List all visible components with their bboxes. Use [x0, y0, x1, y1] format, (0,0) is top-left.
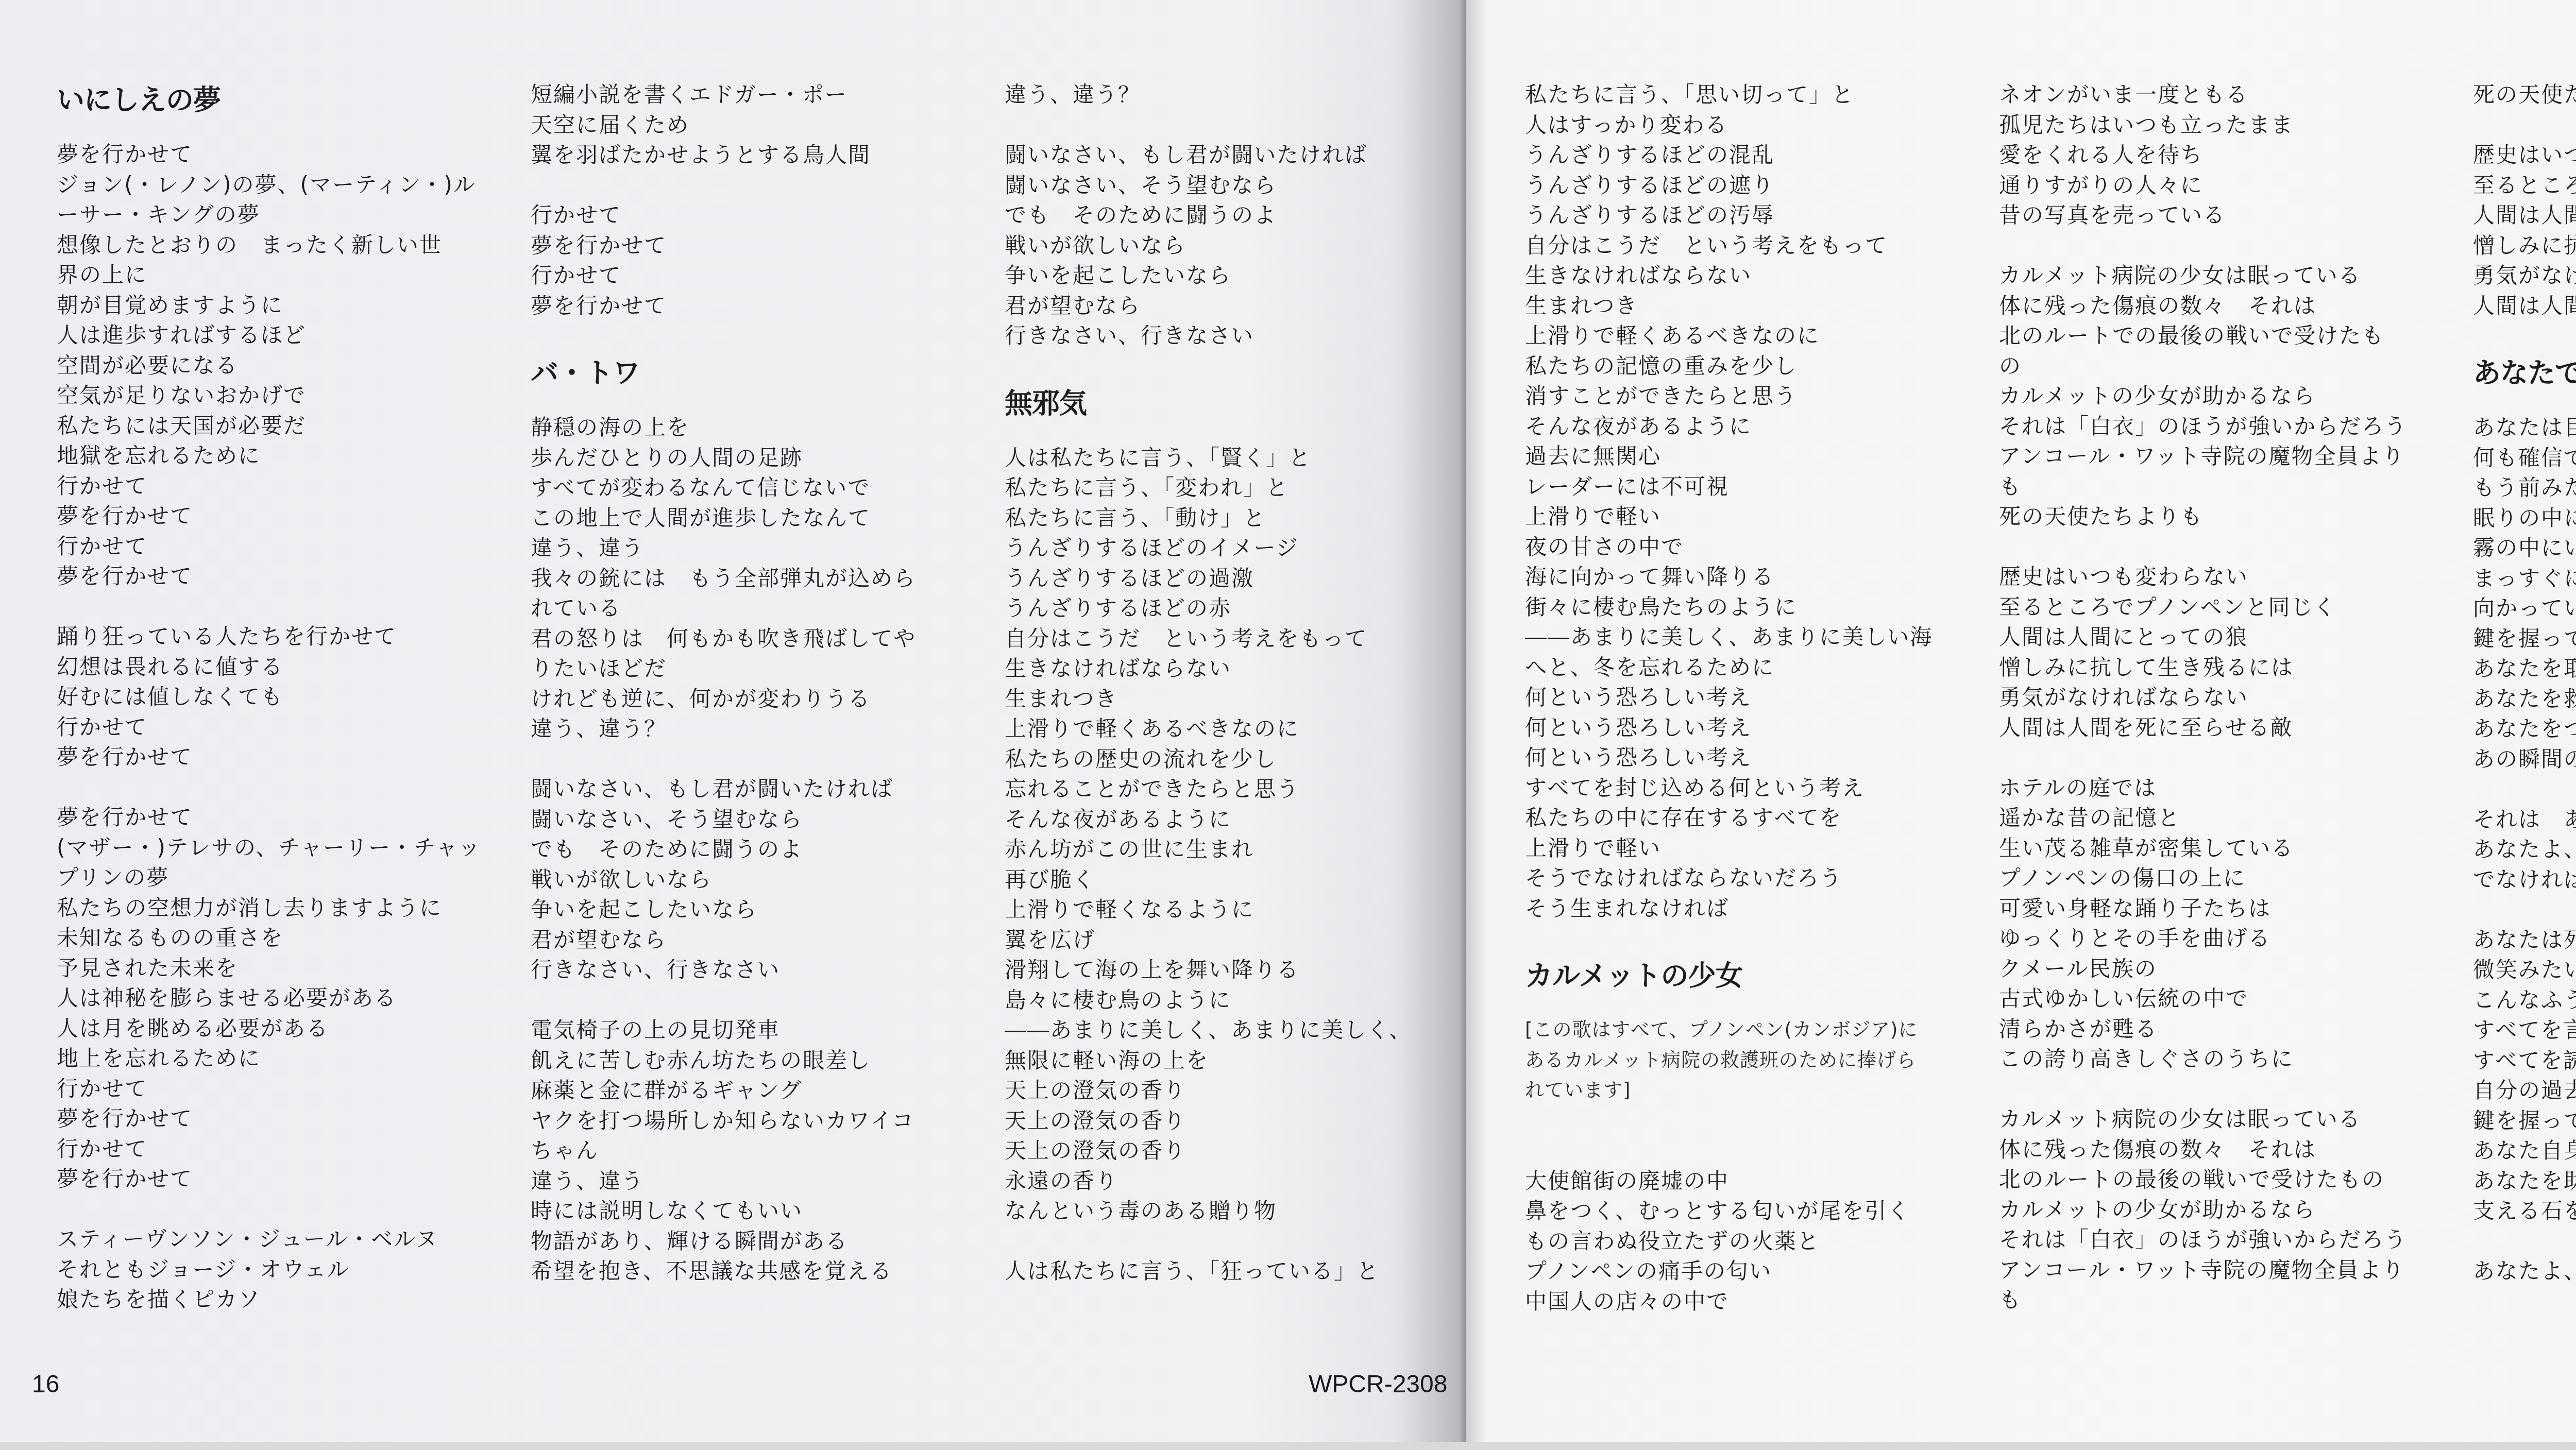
song-title: いにしえの夢 [57, 80, 510, 121]
lyric-line: 人は私たちに言う、「賢く」と [1005, 443, 1458, 473]
lyric-line: 海に向かって舞い降りる [1525, 562, 1978, 592]
lyric-line: 人は私たちに言う、「狂っている」と [1005, 1256, 1458, 1287]
lyric-line: 鍵を握っているのは誰 [2473, 1106, 2576, 1136]
page-number: 16 [32, 1370, 59, 1398]
lyric-line: 行かせて [57, 471, 510, 502]
lyric-line: すべてが変わるなんて信じないで [531, 473, 984, 503]
lyric-line: 上滑りで軽い [1525, 502, 1978, 532]
lyric-line: 翼を羽ばたかせようとする鳥人間 [531, 140, 984, 170]
lyric-line: 違う、違う [531, 1166, 984, 1197]
lyric-line: 霧の中にいるようだ [2473, 533, 2576, 564]
lyric-line: 眠りの中にいるようだ [2473, 503, 2576, 534]
lyric-line: 勇気がなければならない [1999, 683, 2452, 713]
catalog-number: WPCR-2308 [1309, 1370, 1447, 1398]
stanza-break [1525, 1106, 1978, 1136]
lyric-line: 街々に棲む鳥たちのように [1525, 592, 1978, 623]
stanza-break [1999, 532, 2452, 562]
lyric-line: 空間が必要になる [57, 351, 510, 381]
lyric-line: 生まれつき [1005, 684, 1458, 714]
lyric-line: 上滑りで軽い [1525, 833, 1978, 864]
lyric-line: 自分の過去の中にある未来を [2473, 1076, 2576, 1106]
lyric-line: あなたは死にたいと願う [2473, 925, 2576, 956]
page-17: 私たちに言う、「思い切って」と人はすっかり変わるうんざりするほどの混乱うんざりす… [1466, 0, 2576, 1442]
lyric-line: この誇り高きしぐさのうちに [1999, 1044, 2452, 1074]
lyric-line: アンコール・ワット寺院の魔物全員より [1999, 441, 2452, 472]
lyric-line: 鼻をつく、むっとする匂いが尾を引く [1525, 1196, 1978, 1226]
lyric-line: 夢を行かせて [531, 231, 984, 261]
lyric-line: それは「白衣」のほうが強いからだろう [1999, 1225, 2452, 1255]
lyric-line: 消すことができたらと思う [1525, 381, 1978, 412]
lyric-line: 私たちに言う、「動け」と [1005, 503, 1458, 534]
lyric-line: 島々に棲む鳥のように [1005, 985, 1458, 1016]
lyric-line: ネオンがいま一度ともる [1999, 80, 2452, 110]
lyric-line: 生きなければならない [1525, 261, 1978, 291]
lyric-line: 人は進歩すればするほど [57, 320, 510, 351]
lyric-line: そんな夜があるように [1005, 805, 1458, 835]
stanza: カルメット病院の少女は眠っている体に残った傷痕の数々 それは北のルートでの最後の… [1999, 261, 2452, 532]
lyric-line: あなたは目覚める [2473, 413, 2576, 443]
lyric-line: 争いを起こしたいなら [1005, 261, 1458, 291]
lyric-line: 行きなさい、行きなさい [531, 955, 984, 985]
song-title: あなたでなければ [2473, 353, 2576, 394]
lyric-line: でも そのために闘うのよ [1005, 200, 1458, 231]
lyric-line: あなたよ、あなたでなければ誰でもない [2473, 834, 2576, 865]
stanza-break [2473, 110, 2576, 141]
lyric-line: 過去に無関心 [1525, 441, 1978, 472]
lyric-line: 私たちに言う、「変われ」と [1005, 473, 1458, 503]
lyric-line: 踊り狂っている人たちを行かせて [57, 622, 510, 652]
lyric-line: 昔の写真を売っている [1999, 200, 2452, 231]
lyric-line: れている [531, 593, 984, 624]
stanza: 闘いなさい、もし君が闘いたければ闘いなさい、そう望むならでも そのために闘うのよ… [531, 774, 984, 985]
lyric-line: プノンペンの傷口の上に [1999, 863, 2452, 894]
lyric-line: ――あまりに美しく、あまりに美しい海 [1525, 622, 1978, 653]
stanza-break [531, 744, 984, 775]
lyric-line: 行かせて [57, 712, 510, 743]
lyric-line: 上滑りで軽くなるように [1005, 895, 1458, 925]
lyric-line: 朝が目覚めますように [57, 291, 510, 321]
lyric-line: 行かせて [531, 261, 984, 291]
page-16: いにしえの夢夢を行かせてジョン(・レノン)の夢、(マーティン・)ルーサー・キング… [0, 0, 1466, 1442]
lyric-line: 夢を行かせて [57, 742, 510, 773]
lyric-line: あなたを救える [2473, 684, 2576, 714]
stanza: 人は私たちに言う、「賢く」と私たちに言う、「変われ」と私たちに言う、「動け」とう… [1005, 443, 1458, 1226]
song-title: バ・トワ [531, 353, 984, 394]
lyric-line: あなたを取り戻す [2473, 654, 2576, 684]
lyric-line: すべてを読みたい [2473, 1046, 2576, 1076]
lyric-line: 私たちの空想力が消し去りますように [57, 893, 510, 924]
lyric-line: うんざりするほどの遮り [1525, 170, 1978, 201]
stanza: 違う、違う？ [1005, 80, 1458, 110]
lyric-line: なんという毒のある贈り物 [1005, 1196, 1458, 1226]
lyric-line: 可愛い身軽な踊り子たちは [1999, 894, 2452, 924]
lyric-line: 私たちには天国が必要だ [57, 411, 510, 441]
lyric-line: 未知なるものの重さを [57, 923, 510, 953]
lyric-line: 闘いなさい、そう望むなら [531, 805, 984, 835]
lyric-line: そう生まれなければ [1525, 894, 1978, 924]
lyric-line: 大使館街の廃墟の中 [1525, 1166, 1978, 1197]
lyric-line: ゆっくりとその手を曲げる [1999, 924, 2452, 954]
lyric-line: 人は神秘を膨らませる必要がある [57, 983, 510, 1014]
lyric-line: でなければ誰でもない [2473, 865, 2576, 895]
lyric-line: 天上の澄気の香り [1005, 1136, 1458, 1166]
lyric-line: 私たちに言う、「思い切って」と [1525, 80, 1978, 110]
stanza: 死の天使たちよりも [2473, 80, 2576, 110]
stanza: 歴史はいつも変わらない至るところでプノンペンと同じく人間は人間にとっての狼憎しみ… [2473, 140, 2576, 321]
lyric-line: 人間は人間を死に至らせる敵 [1999, 713, 2452, 743]
lyric-line: 滑翔して海の上を舞い降りる [1005, 955, 1458, 985]
lyric-line: カルメットの少女が助かるなら [1999, 1195, 2452, 1225]
lyric-line: 人間は人間にとっての狼 [2473, 200, 2576, 231]
lyric-line: 北のルートでの最後の戦いで受けたも [1999, 321, 2452, 351]
lyric-line: あの瞬間の鍵を [2473, 744, 2576, 775]
booklet-spread: いにしえの夢夢を行かせてジョン(・レノン)の夢、(マーティン・)ルーサー・キング… [0, 0, 2576, 1450]
lyric-line: 物語があり、輝ける瞬間がある [531, 1226, 984, 1257]
column: 私たちに言う、「思い切って」と人はすっかり変わるうんざりするほどの混乱うんざりす… [1525, 80, 1978, 1317]
column: ネオンがいま一度ともる孤児たちはいつも立ったまま愛をくれる人を待ち通りすがりの人… [1999, 80, 2452, 1316]
column: 死の天使たちよりも歴史はいつも変わらない至るところでプノンペンと同じく人間は人間… [2473, 80, 2576, 1287]
lyric-line: 何も確信できない [2473, 443, 2576, 473]
lyric-line: 夢を行かせて [531, 291, 984, 321]
column: 短編小説を書くエドガー・ポー天空に届くため翼を羽ばたかせようとする鳥人間行かせて… [531, 80, 984, 1287]
lyric-line: 予見された未来を [57, 953, 510, 984]
lyric-line: 再び脆く [1005, 865, 1458, 895]
lyric-line: うんざりするほどの汚辱 [1525, 200, 1978, 231]
stanza: 夢を行かせてジョン(・レノン)の夢、(マーティン・)ルーサー・キングの夢想像した… [57, 140, 510, 592]
lyric-line: あるカルメット病院の救護班のために捧げら [1525, 1046, 1978, 1076]
lyric-line: 清らかさが甦る [1999, 1014, 2452, 1045]
lyric-line: 夢を行かせて [57, 140, 510, 170]
lyric-line: クメール民族の [1999, 954, 2452, 984]
lyric-line: うんざりするほどのイメージ [1005, 533, 1458, 564]
lyric-line: 人間は人間にとっての狼 [1999, 622, 2452, 653]
lyric-line: 翼を広げ [1005, 925, 1458, 956]
lyric-line: 天上の澄気の香り [1005, 1076, 1458, 1106]
lyric-line: 北のルートの最後の戦いで受けたもの [1999, 1165, 2452, 1195]
stanza: 夢を行かせて(マザー・)テレサの、チャーリー・チャップリンの夢私たちの空想力が消… [57, 803, 510, 1195]
lyric-line: あなたを助けて [2473, 1166, 2576, 1197]
lyric-line: 自分はこうだ という考えをもって [1525, 231, 1978, 261]
lyric-line: 違う、違う？ [531, 714, 984, 744]
lyric-line: でも そのために闘うのよ [531, 834, 984, 865]
lyric-line: アンコール・ワット寺院の魔物全員より [1999, 1255, 2452, 1286]
stanza: 大使館街の廃墟の中鼻をつく、むっとする匂いが尾を引くもの言わぬ役立たずの火薬とプ… [1525, 1166, 1978, 1317]
lyric-line: まっすぐに歩いているのに どこにも [2473, 564, 2576, 594]
lyric-line: 愛をくれる人を待ち [1999, 140, 2452, 170]
lyric-line: 行かせて [57, 1074, 510, 1104]
lyric-line: 生きなければならない [1005, 654, 1458, 684]
lyric-line: 人は月を眺める必要がある [57, 1014, 510, 1044]
lyric-line: 行かせて [57, 1134, 510, 1165]
lyric-line: プノンペンの痛手の匂い [1525, 1256, 1978, 1287]
stanza: あなたは死にたいと願う微笑みたいと思うこんなふうに 意識しないですべてを言いたい… [2473, 925, 2576, 1226]
lyric-line: 静穏の海の上を [531, 413, 984, 443]
lyric-line: それは「白衣」のほうが強いからだろう [1999, 412, 2452, 442]
lyric-line: 戦いが欲しいなら [531, 865, 984, 895]
lyric-line: 夜の甘さの中で [1525, 532, 1978, 562]
stanza-break [1005, 1226, 1458, 1257]
stanza: それは あなたよ、あなた、あなたあなたよ、あなたでなければ誰でもないでなければ誰… [2473, 805, 2576, 895]
lyric-line: 行かせて [57, 532, 510, 562]
stanza: 人は私たちに言う、「狂っている」と [1005, 1256, 1458, 1287]
lyric-line: 上滑りで軽くあるべきなのに [1005, 714, 1458, 744]
stanza-break [2473, 774, 2576, 805]
lyric-line: 娘たちを描くピカソ [57, 1285, 510, 1315]
lyric-line: 君が望むなら [1005, 291, 1458, 321]
stanza: 静穏の海の上を歩んだひとりの人間の足跡すべてが変わるなんて信じないでこの地上で人… [531, 413, 984, 744]
lyric-line: 人間は人間にとっての罪人 [2473, 291, 2576, 321]
lyric-line: 古式ゆかしい伝統の中で [1999, 984, 2452, 1014]
lyric-line: ヤクを打つ場所しか知らないカワイコ [531, 1106, 984, 1136]
lyric-line: 私たちの記憶の重みを少し [1525, 351, 1978, 382]
lyric-line: 好むには値しなくても [57, 682, 510, 712]
lyric-line: そんな夜があるように [1525, 412, 1978, 442]
lyric-line: 夢を行かせて [57, 561, 510, 592]
lyric-line: も [1999, 1285, 2452, 1316]
lyric-line: 歩んだひとりの人間の足跡 [531, 443, 984, 473]
stanza-break [57, 592, 510, 622]
lyric-line: あなたよ、あなた、あなた [2473, 1256, 2576, 1287]
lyric-line: 行かせて [531, 200, 984, 231]
lyric-line: 君の怒りは 何もかも吹き飛ばしてや [531, 624, 984, 654]
lyric-line: 夢を行かせて [57, 501, 510, 532]
column: いにしえの夢夢を行かせてジョン(・レノン)の夢、(マーティン・)ルーサー・キング… [57, 80, 510, 1315]
lyric-line: 行きなさい、行きなさい [1005, 321, 1458, 351]
lyric-line: この地上で人間が進歩したなんて [531, 503, 984, 534]
lyric-line: 我々の銃には もう全部弾丸が込めら [531, 564, 984, 594]
lyric-line: 私たちの歴史の流れを少し [1005, 744, 1458, 775]
stanza-break [531, 985, 984, 1016]
lyric-line: 上滑りで軽くあるべきなのに [1525, 321, 1978, 351]
lyric-line: 界の上に [57, 260, 510, 291]
lyric-line: 無限に軽い海の上を [1005, 1046, 1458, 1076]
lyric-line: 通りすがりの人々に [1999, 170, 2452, 201]
lyric-line: うんざりするほどの混乱 [1525, 140, 1978, 170]
lyric-line: 永遠の香り [1005, 1166, 1458, 1197]
lyric-line: 生い茂る雑草が密集している [1999, 833, 2452, 864]
lyric-line: 死の天使たちよりも [1999, 502, 2452, 532]
lyric-line: 闘いなさい、もし君が闘いたければ [531, 774, 984, 805]
lyric-line: 麻薬と金に群がるギャング [531, 1076, 984, 1106]
stanza-break [57, 773, 510, 803]
lyric-line: 死の天使たちよりも [2473, 80, 2576, 110]
lyric-line: 孤児たちはいつも立ったまま [1999, 110, 2452, 141]
lyric-line: 体に残った傷痕の数々 それは [1999, 291, 2452, 321]
lyric-line: 人はすっかり変わる [1525, 110, 1978, 141]
lyric-line: 生まれつき [1525, 291, 1978, 321]
lyric-line: 希望を抱き、不思議な共感を覚える [531, 1256, 984, 1287]
lyric-line: 至るところでプノンペンと同じく [1999, 592, 2452, 623]
lyric-line: あなたをつなぎ留める糸をもつ [2473, 714, 2576, 744]
lyric-line: そうでなければならないだろう [1525, 863, 1978, 894]
lyric-line: 闘いなさい、そう望むなら [1005, 170, 1458, 201]
lyric-line: 忘れることができたらと思う [1005, 774, 1458, 805]
lyric-line: (マザー・)テレサの、チャーリー・チャッ [57, 833, 510, 863]
lyric-line: 至るところでプノンペンと同じく [2473, 170, 2576, 201]
lyric-line: 違う、違う [531, 533, 984, 564]
stanza-break [1999, 231, 2452, 261]
stanza-break [1999, 743, 2452, 773]
lyric-line: ホテルの庭では [1999, 773, 2452, 804]
lyric-line: カルメット病院の少女は眠っている [1999, 261, 2452, 291]
lyric-line: 戦いが欲しいなら [1005, 231, 1458, 261]
lyric-line: の [1999, 351, 2452, 382]
lyric-line: 飢えに苦しむ赤ん坊たちの眼差し [531, 1046, 984, 1076]
lyric-line: 時には説明しなくてもいい [531, 1196, 984, 1226]
lyric-line: 空気が足りないおかげで [57, 381, 510, 411]
lyric-line: レーダーには不可視 [1525, 472, 1978, 502]
lyric-line: カルメット病院の少女は眠っている [1999, 1104, 2452, 1135]
stanza-break [531, 170, 984, 201]
stanza: 行かせて夢を行かせて行かせて夢を行かせて [531, 200, 984, 321]
stanza-break [2473, 895, 2576, 925]
lyric-line: 何という恐ろしい考え [1525, 683, 1978, 713]
lyric-line: 天空に届くため [531, 110, 984, 141]
lyric-line: 電気椅子の上の見切発車 [531, 1015, 984, 1046]
lyric-line: すべてを言いたい [2473, 1015, 2576, 1046]
lyric-line: 夢を行かせて [57, 803, 510, 833]
lyric-line: 違う、違う？ [1005, 80, 1458, 110]
lyric-line: ちゃん [531, 1136, 984, 1166]
lyric-line: [この歌はすべて、プノンペン(カンボジア)に [1525, 1015, 1978, 1046]
lyric-line: 夢を行かせて [57, 1164, 510, 1195]
lyric-line: 幻想は畏れるに値する [57, 652, 510, 683]
lyric-line: れています] [1525, 1076, 1978, 1106]
lyric-line: へと、冬を忘れるために [1525, 653, 1978, 683]
lyric-line: 憎しみに抗して生き残るには [1999, 653, 2452, 683]
lyric-line: 自分はこうだ という考えをもって [1005, 624, 1458, 654]
lyric-line: りたいほどだ [531, 654, 984, 684]
lyric-line: 何という恐ろしい考え [1525, 743, 1978, 773]
lyric-line: 君が望むなら [531, 925, 984, 956]
stanza-break [1999, 1074, 2452, 1105]
stanza-break [1525, 1136, 1978, 1166]
lyric-line: もの言わぬ役立たずの火薬と [1525, 1226, 1978, 1257]
lyric-line: うんざりするほどの過激 [1005, 564, 1458, 594]
lyric-line: 短編小説を書くエドガー・ポー [531, 80, 984, 110]
lyric-line: 微笑みたいと思う [2473, 955, 2576, 985]
stanza: 闘いなさい、もし君が闘いたければ闘いなさい、そう望むならでも そのために闘うのよ… [1005, 140, 1458, 351]
lyric-line: スティーヴンソン・ジュール・ベルヌ [57, 1224, 510, 1255]
stanza: 電気椅子の上の見切発車飢えに苦しむ赤ん坊たちの眼差し麻薬と金に群がるギャングヤク… [531, 1015, 984, 1287]
lyric-line: 憎しみに抗して生き残るには [2473, 231, 2576, 261]
stanza-break [2473, 1226, 2576, 1257]
dedication-note: [この歌はすべて、プノンペン(カンボジア)にあるカルメット病院の救護班のために捧… [1525, 1015, 1978, 1106]
lyric-line: こんなふうに 意識しないで [2473, 985, 2576, 1016]
lyric-line: 地獄を忘れるために [57, 441, 510, 471]
lyric-line: 争いを起こしたいなら [531, 895, 984, 925]
stanza: ホテルの庭では遥かな昔の記憶と生い茂る雑草が密集しているプノンペンの傷口の上に可… [1999, 773, 2452, 1074]
lyric-line: ジョン(・レノン)の夢、(マーティン・)ル [57, 170, 510, 200]
stanza: 踊り狂っている人たちを行かせて幻想は畏れるに値する好むには値しなくても行かせて夢… [57, 622, 510, 773]
lyric-line: 鍵を握っているのは誰 [2473, 624, 2576, 654]
stanza: 歴史はいつも変わらない至るところでプノンペンと同じく人間は人間にとっての狼憎しみ… [1999, 562, 2452, 743]
lyric-line: 夢を行かせて [57, 1104, 510, 1134]
stanza: スティーヴンソン・ジュール・ベルヌそれともジョージ・オウェル娘たちを描くピカソ [57, 1224, 510, 1315]
song-title: 無邪気 [1005, 383, 1458, 424]
lyric-line: 支える石を見い出す秘儀の鍵を [2473, 1196, 2576, 1226]
lyric-line: 歴史はいつも変わらない [1999, 562, 2452, 592]
stanza-break [1005, 110, 1458, 141]
lyric-line: プリンの夢 [57, 863, 510, 893]
lyric-line: けれども逆に、何かが変わりうる [531, 684, 984, 714]
lyric-line: カルメットの少女が助かるなら [1999, 381, 2452, 412]
stanza: 短編小説を書くエドガー・ポー天空に届くため翼を羽ばたかせようとする鳥人間 [531, 80, 984, 170]
lyric-line: 闘いなさい、もし君が闘いたければ [1005, 140, 1458, 170]
stanza: 私たちに言う、「思い切って」と人はすっかり変わるうんざりするほどの混乱うんざりす… [1525, 80, 1978, 924]
lyric-line: 地上を忘れるために [57, 1044, 510, 1074]
lyric-line: 遥かな昔の記憶と [1999, 803, 2452, 833]
lyric-line: それともジョージ・オウェル [57, 1255, 510, 1285]
lyric-line: 中国人の店々の中で [1525, 1287, 1978, 1317]
lyric-line: すべてを封じ込める何という考え [1525, 773, 1978, 804]
lyric-line: うんざりするほどの赤 [1005, 593, 1458, 624]
lyric-line: 私たちの中に存在するすべてを [1525, 803, 1978, 833]
lyric-line: もう前みたいにちゃんと調子がでない [2473, 473, 2576, 503]
lyric-line: ――あまりに美しく、あまりに美しく、 [1005, 1015, 1458, 1046]
stanza-break [57, 1195, 510, 1225]
stanza: カルメット病院の少女は眠っている体に残った傷痕の数々 それは北のルートの最後の戦… [1999, 1104, 2452, 1316]
stanza: ネオンがいま一度ともる孤児たちはいつも立ったまま愛をくれる人を待ち通りすがりの人… [1999, 80, 2452, 231]
lyric-line: 想像したとおりの まったく新しい世 [57, 230, 510, 261]
lyric-line: ーサー・キングの夢 [57, 200, 510, 230]
lyric-line: 天上の澄気の香り [1005, 1106, 1458, 1136]
lyric-line: 体に残った傷痕の数々 それは [1999, 1135, 2452, 1165]
stanza: あなたよ、あなた、あなた [2473, 1256, 2576, 1287]
song-title: カルメットの少女 [1525, 956, 1978, 997]
lyric-line: 何という恐ろしい考え [1525, 713, 1978, 743]
lyric-line: それは あなたよ、あなた、あなた [2473, 805, 2576, 835]
column: 違う、違う？闘いなさい、もし君が闘いたければ闘いなさい、そう望むならでも そのた… [1005, 80, 1458, 1287]
lyric-line: も [1999, 472, 2452, 502]
lyric-line: 歴史はいつも変わらない [2473, 140, 2576, 170]
stanza: あなたは目覚める何も確信できないもう前みたいにちゃんと調子がでない眠りの中にいる… [2473, 413, 2576, 774]
lyric-line: あなた自身のものであり、 [2473, 1136, 2576, 1166]
lyric-line: 赤ん坊がこの世に生まれ [1005, 834, 1458, 865]
lyric-line: 勇気がなければならない [2473, 261, 2576, 291]
lyric-line: 向かっていない [2473, 593, 2576, 624]
